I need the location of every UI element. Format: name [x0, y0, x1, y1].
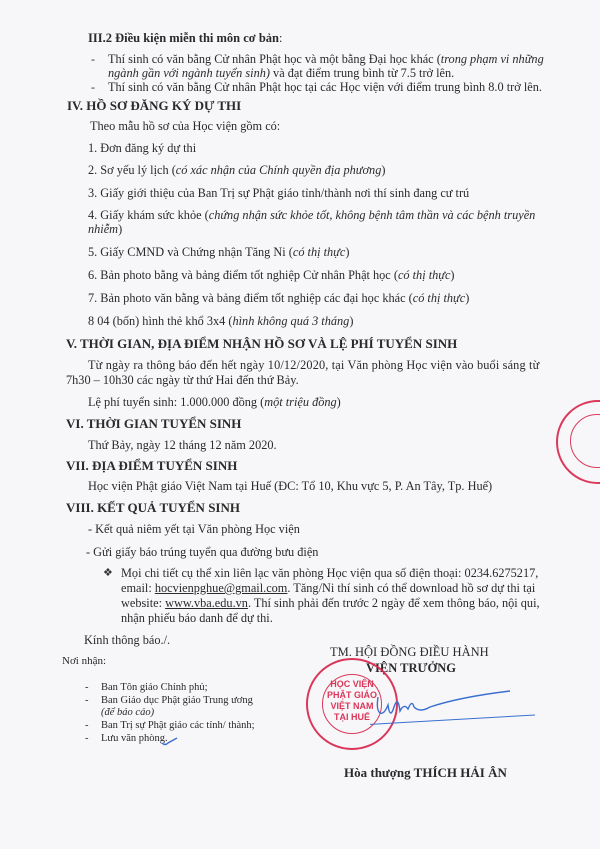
closing-text: Kính thông báo./.	[84, 633, 170, 647]
website-link[interactable]: www.vba.edu.vn	[165, 596, 248, 610]
handwritten-signature	[370, 685, 540, 730]
bullet-dash: -	[85, 719, 89, 732]
bullet-dash: -	[85, 681, 89, 694]
section-iv-intro: Theo mẫu hồ sơ của Học viện gồm có:	[90, 119, 280, 133]
section-vi-text: Thứ Bảy, ngày 12 tháng 12 năm 2020.	[88, 438, 277, 452]
section-iv-title: IV. HỒ SƠ ĐĂNG KÝ DỰ THI	[67, 98, 241, 114]
section-v-fee: Lệ phí tuyển sinh: 1.000.000 đồng (một t…	[88, 395, 341, 409]
iv-item-2: 2. Sơ yếu lý lịch (có xác nhận của Chính…	[88, 163, 385, 177]
iii2-item-1-line1: Thí sinh có văn bằng Cử nhân Phật học và…	[108, 52, 544, 66]
section-v-title: V. THỜI GIAN, ĐỊA ĐIỂM NHẬN HỒ SƠ VÀ LỆ …	[66, 336, 457, 352]
viii-item-2: - Gửi giấy báo trúng tuyển qua đường bưu…	[86, 545, 318, 559]
document-page: III.2 Điều kiện miễn thi môn cơ bản: - T…	[0, 0, 600, 849]
signer-name: Hòa thượng THÍCH HẢI ÂN	[344, 765, 507, 781]
contact-line4: nhận phiếu báo danh để dự thi.	[121, 611, 273, 625]
recipient-4: Lưu văn phòng.	[101, 732, 168, 745]
iv-item-8: 8 04 (bốn) hình thẻ khổ 3x4 (hình không …	[88, 314, 353, 328]
section-v-para-line1: Từ ngày ra thông báo đến hết ngày 10/12/…	[88, 358, 539, 372]
email-link[interactable]: hocvienpghue@gmail.com	[155, 581, 288, 595]
section-iii2-title: III.2 Điều kiện miễn thi môn cơ bản	[88, 31, 279, 45]
diamond-bullet-icon: ❖	[103, 566, 113, 579]
iv-item-7: 7. Bản photo văn bằng và bảng điểm tốt n…	[88, 291, 469, 305]
recipient-3: Ban Trị sự Phật giáo các tỉnh/ thành;	[101, 719, 255, 732]
iv-item-3: 3. Giấy giới thiệu của Ban Trị sự Phật g…	[88, 186, 469, 200]
bullet-dash: -	[85, 694, 89, 707]
recipient-2-note: (để báo cáo)	[101, 706, 154, 719]
iv-item-6: 6. Bản photo bằng và bảng điểm tốt nghiệ…	[88, 268, 455, 282]
section-vi-title: VI. THỜI GIAN TUYỂN SINH	[66, 416, 241, 432]
iii2-item-2: Thí sinh có văn bằng Cử nhân Phật học tạ…	[108, 80, 542, 94]
iv-item-5: 5. Giấy CMND và Chứng nhận Tăng Ni (có t…	[88, 245, 349, 259]
recipients-title: Nơi nhận:	[62, 655, 106, 668]
bullet-dash: -	[85, 732, 89, 745]
iv-item-4-line2: nhiễm)	[88, 222, 122, 236]
section-vii-title: VII. ĐỊA ĐIỂM TUYỂN SINH	[66, 458, 237, 474]
section-vii-text: Học viện Phật giáo Việt Nam tại Huế (ĐC:…	[88, 479, 492, 493]
section-v-para-line2: 7h30 – 10h30 các ngày từ thứ Hai đến thứ…	[66, 373, 299, 387]
recipient-1: Ban Tôn giáo Chính phủ;	[101, 681, 208, 694]
bullet-dash: -	[91, 52, 95, 67]
iii2-item-1-line2: ngành gần với ngành tuyển sinh) và đạt đ…	[108, 66, 454, 80]
section-iii2-heading: III.2 Điều kiện miễn thi môn cơ bản:	[88, 31, 282, 45]
tick-mark-icon	[160, 735, 180, 747]
seam-stamp	[556, 400, 600, 484]
iv-item-4-line1: 4. Giấy khám sức khỏe (chứng nhận sức kh…	[88, 208, 535, 222]
bullet-dash: -	[91, 80, 95, 95]
contact-line3: website: www.vba.edu.vn. Thí sinh phải đ…	[121, 596, 540, 610]
iv-item-1: 1. Đơn đăng ký dự thi	[88, 141, 196, 155]
viii-item-1: - Kết quả niêm yết tại Văn phòng Học việ…	[88, 522, 300, 536]
contact-line2: email: hocvienpghue@gmail.com. Tăng/Ni t…	[121, 581, 535, 595]
section-viii-title: VIII. KẾT QUẢ TUYỂN SINH	[66, 500, 240, 516]
contact-line1: Mọi chi tiết cụ thể xin liên lạc văn phò…	[121, 566, 538, 580]
